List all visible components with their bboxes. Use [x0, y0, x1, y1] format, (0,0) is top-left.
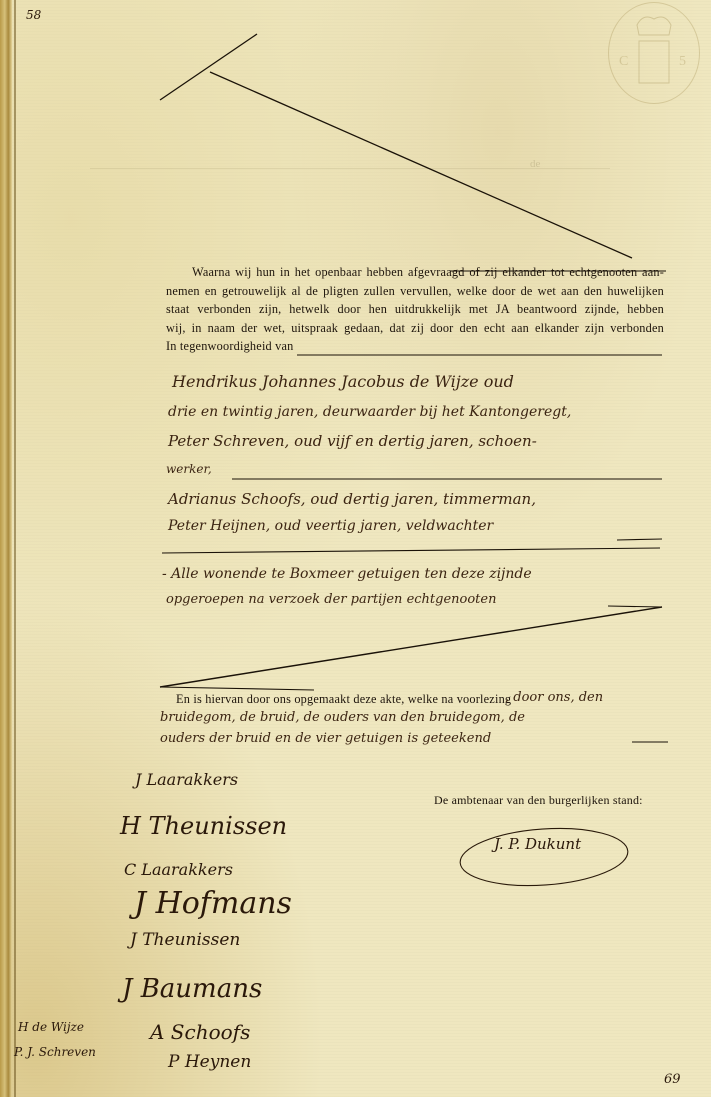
signature: J Theunissen — [130, 930, 240, 950]
signature: J Baumans — [122, 974, 262, 1004]
official-signature: J. P. Dukunt — [494, 835, 581, 853]
printed-line: staat verbonden zijn, hetwelk door hen u… — [166, 300, 664, 319]
signature: J Laarakkers — [135, 770, 238, 789]
signature: C Laarakkers — [124, 860, 233, 879]
witness-line: Adrianus Schoofs, oud dertig jaren, timm… — [168, 490, 536, 508]
closing-line: , door ons, den — [505, 690, 603, 705]
note-line: opgeroepen na verzoek der partijen echtg… — [166, 592, 496, 607]
strike-lines — [0, 0, 711, 1097]
signature: H Theunissen — [120, 812, 287, 840]
presence-label: In tegenwoordigheid van — [166, 337, 664, 356]
witness-line: werker, — [166, 462, 212, 476]
witness-line: drie en twintig jaren, deurwaarder bij h… — [168, 404, 571, 420]
closing-line: ouders der bruid en de vier getuigen is … — [160, 731, 491, 746]
witness-line: Peter Schreven, oud vijf en dertig jaren… — [168, 432, 537, 450]
official-label: De ambtenaar van den burgerlijken stand: — [434, 791, 643, 810]
witness-line: Hendrikus Johannes Jacobus de Wijze oud — [172, 372, 514, 391]
printed-line: wij, in naam der wet, uitspraak gedaan, … — [166, 319, 664, 338]
printed-paragraph: Waarna wij hun in het openbaar hebben af… — [184, 263, 664, 356]
note-line: - Alle wonende te Boxmeer getuigen ten d… — [162, 566, 532, 582]
signature: H de Wijze — [18, 1020, 84, 1034]
signature: A Schoofs — [150, 1020, 250, 1044]
closing-label: En is hiervan door ons opgemaakt deze ak… — [176, 690, 511, 709]
printed-line: Waarna wij hun in het openbaar hebben af… — [184, 263, 664, 282]
signature: J Hofmans — [134, 886, 292, 921]
closing-line: bruidegom, de bruid, de ouders van den b… — [160, 710, 525, 725]
printed-line: nemen en getrouwelijk al de pligten zull… — [166, 282, 664, 301]
folio-number: 69 — [664, 1072, 681, 1087]
signature: P Heynen — [168, 1052, 251, 1072]
signature: P. J. Schreven — [14, 1045, 96, 1059]
witness-line: Peter Heijnen, oud veertig jaren, veldwa… — [168, 518, 493, 534]
